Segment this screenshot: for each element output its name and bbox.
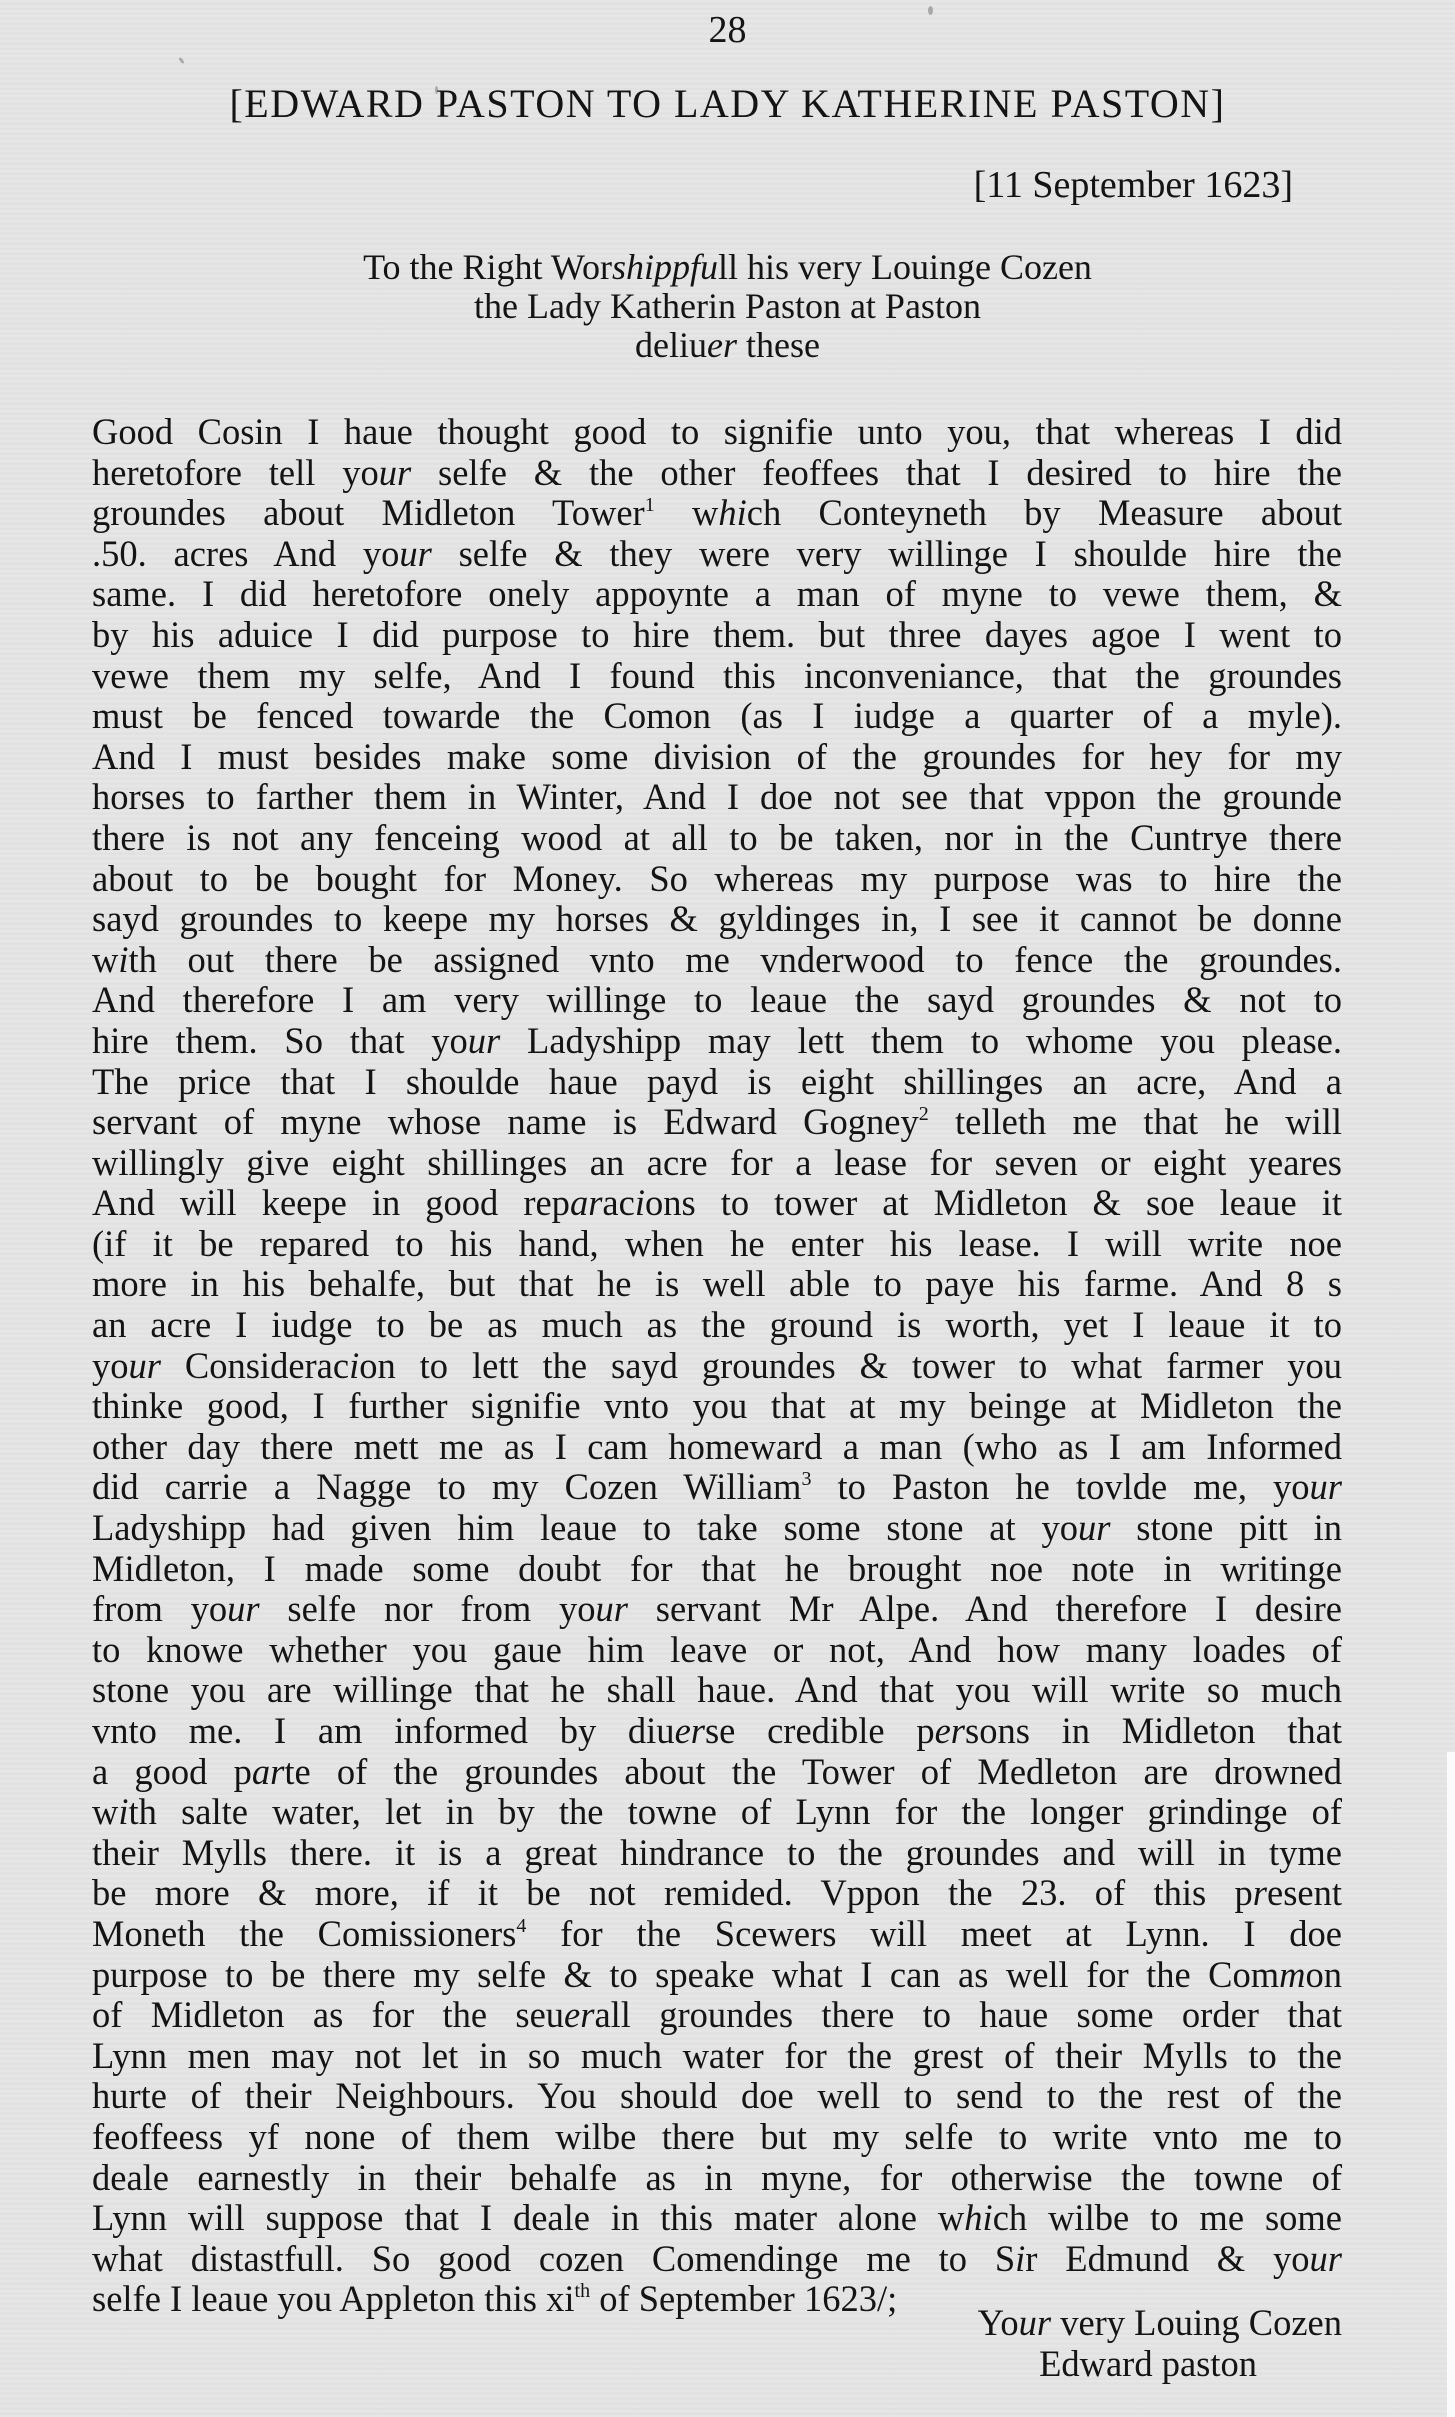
text-run: deliu xyxy=(635,325,707,365)
text-run: Moneth the Comissioners xyxy=(92,1913,516,1954)
text-run: of September 1623/; xyxy=(590,2278,897,2319)
text-run: be more & more, if it be not remided. Vp… xyxy=(92,1872,1253,1913)
text-run: And therefore I am very willinge to leau… xyxy=(92,979,1342,1020)
italic-expansion: ar xyxy=(570,1182,602,1223)
text-run: se credible p xyxy=(705,1710,935,1751)
text-run: selfe & they were very willinge I should… xyxy=(432,533,1342,574)
text-run: w xyxy=(655,492,719,533)
text-line: with salte water, let in by the towne of… xyxy=(92,1792,1342,1833)
italic-expansion: i xyxy=(118,1791,128,1832)
text-line: other day there mett me as I cam homewar… xyxy=(92,1427,1342,1468)
text-line: about to be bought for Money. So whereas… xyxy=(92,859,1342,900)
text-line: more in his behalfe, but that he is well… xyxy=(92,1264,1342,1305)
text-run: a good p xyxy=(92,1751,252,1792)
italic-expansion: i xyxy=(635,1182,645,1223)
italic-expansion: er xyxy=(675,1710,705,1751)
text-line: sayd groundes to keepe my horses & gyldi… xyxy=(92,899,1342,940)
text-run: very Louing Cozen xyxy=(1051,2302,1342,2343)
text-run: an acre I iudge to be as much as the gro… xyxy=(92,1304,1342,1345)
text-line: Ladyshipp had given him leaue to take so… xyxy=(92,1508,1342,1549)
italic-expansion: ur xyxy=(227,1588,259,1629)
scan-speck xyxy=(178,57,185,64)
text-line: their Mylls there. it is a great hindran… xyxy=(92,1833,1342,1874)
italic-expansion: er xyxy=(935,1710,965,1751)
text-run: what distastfull. So good cozen Comendin… xyxy=(92,2238,1015,2279)
text-line: your Consideracion to lett the sayd grou… xyxy=(92,1346,1342,1387)
italic-expansion: ur xyxy=(1019,2302,1051,2343)
italic-expansion: ur xyxy=(129,1345,161,1386)
text-run: thinke good, I further signifie vnto you… xyxy=(92,1385,1342,1426)
text-run: selfe & the other feoffees that I desire… xyxy=(411,452,1342,493)
text-run: stone pitt in xyxy=(1110,1507,1342,1548)
footnote-marker: th xyxy=(575,2280,591,2302)
text-run: The price that I shoulde haue payd is ei… xyxy=(92,1061,1342,1102)
text-run: sayd groundes to keepe my horses & gyldi… xyxy=(92,898,1342,939)
text-line: be more & more, if it be not remided. Vp… xyxy=(92,1873,1342,1914)
text-line: (if it be repared to his hand, when he e… xyxy=(92,1224,1342,1265)
text-run: about to be bought for Money. So whereas… xyxy=(92,858,1342,899)
italic-expansion: ur xyxy=(468,1020,500,1061)
text-run: vewe them my selfe, And I found this inc… xyxy=(92,655,1342,696)
text-run: there is not any fenceing wood at all to… xyxy=(92,817,1342,858)
text-run: ac xyxy=(602,1182,634,1223)
text-run: purpose to be there my selfe & to speake… xyxy=(92,1954,1279,1995)
text-run: Considerac xyxy=(161,1345,349,1386)
italic-expansion: m xyxy=(1279,1954,1305,1995)
text-line: purpose to be there my selfe & to speake… xyxy=(92,1955,1342,1996)
text-run: Ladyshipp had given him leaue to take so… xyxy=(92,1507,1078,1548)
letter-date: [11 September 1623] xyxy=(974,163,1293,207)
text-run: servant Mr Alpe. And therefore I desire xyxy=(628,1588,1342,1629)
text-run: w xyxy=(92,939,118,980)
text-line: servant of myne whose name is Edward Gog… xyxy=(92,1102,1342,1143)
footnote-marker: 4 xyxy=(516,1915,526,1937)
text-line: stone you are willinge that he shall hau… xyxy=(92,1670,1342,1711)
text-line: .50. acres And your selfe & they were ve… xyxy=(92,534,1342,575)
italic-expansion: i xyxy=(349,1345,359,1386)
footnote-marker: 1 xyxy=(645,494,655,516)
text-run: Lynn will suppose that I deale in this m… xyxy=(92,2197,964,2238)
text-run: th out there be assigned vnto me vnderwo… xyxy=(129,939,1342,980)
italic-expansion: u xyxy=(700,247,718,287)
text-run: to knowe whether you gaue him leave or n… xyxy=(92,1629,1342,1670)
italic-expansion: er xyxy=(564,1994,594,2035)
text-line: And therefore I am very willinge to leau… xyxy=(92,980,1342,1021)
italic-expansion: ur xyxy=(1310,2238,1342,2279)
text-run: selfe nor from yo xyxy=(260,1588,596,1629)
text-run: Ladyshipp may lett them to whome you ple… xyxy=(500,1020,1342,1061)
text-run: to Paston he tovlde me, yo xyxy=(811,1466,1309,1507)
signature-block: Your very Louing Cozen Edward paston xyxy=(882,2302,1342,2384)
text-line: must be fenced towarde the Comon (as I i… xyxy=(92,696,1342,737)
text-line: Midleton, I made some doubt for that he … xyxy=(92,1549,1342,1590)
text-line: from your selfe nor from your servant Mr… xyxy=(92,1589,1342,1630)
text-run: th salte water, let in by the towne of L… xyxy=(129,1791,1342,1832)
text-run: w xyxy=(92,1791,118,1832)
text-run: r Edmund & yo xyxy=(1025,2238,1309,2279)
text-run: feoffeess yf none of them wilbe there bu… xyxy=(92,2116,1342,2157)
text-run: telleth me that he will xyxy=(929,1101,1342,1142)
italic-expansion: shipp xyxy=(612,247,690,287)
text-run: ons to tower at Midleton & soe leaue it xyxy=(645,1182,1342,1223)
text-line: Lynn will suppose that I deale in this m… xyxy=(92,2198,1342,2239)
text-run: for the Scewers will meet at Lynn. I doe xyxy=(526,1913,1342,1954)
text-line: horses to farther them in Winter, And I … xyxy=(92,777,1342,818)
text-line: a good parte of the groundes about the T… xyxy=(92,1752,1342,1793)
page-number: 28 xyxy=(0,8,1455,52)
text-run: by his aduice I did purpose to hire them… xyxy=(92,614,1342,655)
italic-expansion: i xyxy=(1015,2238,1025,2279)
text-run: servant of myne whose name is Edward Gog… xyxy=(92,1101,919,1142)
italic-expansion: ar xyxy=(252,1751,284,1792)
text-run: ch Conteyneth by Measure about xyxy=(747,492,1342,533)
text-run: same. I did heretofore onely appoynte a … xyxy=(92,573,1342,614)
text-run: sons in Midleton that xyxy=(965,1710,1342,1751)
text-line: of Midleton as for the seuerall groundes… xyxy=(92,1995,1342,2036)
text-run: (if it be repared to his hand, when he e… xyxy=(92,1223,1342,1264)
text-run: esent xyxy=(1267,1872,1342,1913)
text-line: hire them. So that your Ladyshipp may le… xyxy=(92,1021,1342,1062)
text-run: selfe I leaue you Appleton this xi xyxy=(92,2278,575,2319)
text-line: did carrie a Nagge to my Cozen William3 … xyxy=(92,1467,1342,1508)
text-run: on xyxy=(1306,1954,1343,1995)
italic-expansion: ur xyxy=(596,1588,628,1629)
text-run: hire them. So that yo xyxy=(92,1020,468,1061)
text-line: hurte of their Neighbours. You should do… xyxy=(92,2076,1342,2117)
footnote-marker: 3 xyxy=(801,1468,811,1490)
document-page: 28 [EDWARD PASTON TO LADY KATHERINE PAST… xyxy=(0,0,1455,2417)
text-line: deale earnestly in their behalfe as in m… xyxy=(92,2158,1342,2199)
address-block: To the Right Worshippfull his very Louin… xyxy=(0,248,1455,365)
text-line: groundes about Midleton Tower1 which Con… xyxy=(92,493,1342,534)
text-line: what distastfull. So good cozen Comendin… xyxy=(92,2239,1342,2280)
text-line: Moneth the Comissioners4 for the Scewers… xyxy=(92,1914,1342,1955)
text-line: the Lady Katherin Paston at Paston xyxy=(0,287,1455,326)
text-line: Good Cosin I haue thought good to signif… xyxy=(92,412,1342,453)
italic-expansion: er xyxy=(707,325,737,365)
text-line: vnto me. I am informed by diuerse credib… xyxy=(92,1711,1342,1752)
scan-edge-strip xyxy=(1447,1752,1455,2417)
text-run: deale earnestly in their behalfe as in m… xyxy=(92,2157,1342,2198)
text-run: And will keepe in good rep xyxy=(92,1182,570,1223)
text-line: The price that I shoulde haue payd is ei… xyxy=(92,1062,1342,1103)
text-run: of Midleton as for the seu xyxy=(92,1994,564,2035)
text-run: Lynn men may not let in so much water fo… xyxy=(92,2035,1342,2076)
footnote-marker: 2 xyxy=(919,1103,929,1125)
text-run: must be fenced towarde the Comon (as I i… xyxy=(92,695,1342,736)
text-run: ll his very Louinge Cozen xyxy=(718,247,1092,287)
text-line: And I must besides make some division of… xyxy=(92,737,1342,778)
text-line: Lynn men may not let in so much water fo… xyxy=(92,2036,1342,2077)
text-line: same. I did heretofore onely appoynte a … xyxy=(92,574,1342,615)
italic-expansion: i xyxy=(118,939,128,980)
letter-title: [EDWARD PASTON TO LADY KATHERINE PASTON] xyxy=(0,80,1455,127)
text-run: all groundes there to haue some order th… xyxy=(594,1994,1342,2035)
text-line: willingly give eight shillinges an acre … xyxy=(92,1143,1342,1184)
text-run: groundes about Midleton Tower xyxy=(92,492,645,533)
text-line: feoffeess yf none of them wilbe there bu… xyxy=(92,2117,1342,2158)
text-run: ch wilbe to me some xyxy=(993,2197,1342,2238)
italic-expansion: ur xyxy=(379,452,411,493)
text-line: deliuer these xyxy=(0,326,1455,365)
text-run: .50. acres And yo xyxy=(92,533,399,574)
text-run: from yo xyxy=(92,1588,227,1629)
italic-expansion: ur xyxy=(1078,1507,1110,1548)
text-run: did carrie a Nagge to my Cozen William xyxy=(92,1466,801,1507)
italic-expansion: r xyxy=(1253,1872,1267,1913)
italic-expansion: hi xyxy=(964,2197,992,2238)
italic-expansion: ur xyxy=(1310,1466,1342,1507)
text-line: vewe them my selfe, And I found this inc… xyxy=(92,656,1342,697)
italic-expansion: ur xyxy=(399,533,431,574)
text-run: To the Right Wor xyxy=(363,247,612,287)
italic-expansion: hi xyxy=(718,492,746,533)
text-run: yo xyxy=(92,1345,129,1386)
text-line: heretofore tell your selfe & the other f… xyxy=(92,453,1342,494)
closing-line: Your very Louing Cozen xyxy=(882,2302,1342,2343)
text-run: these xyxy=(737,325,820,365)
letter-body: Good Cosin I haue thought good to signif… xyxy=(92,412,1342,2320)
text-run: stone you are willinge that he shall hau… xyxy=(92,1669,1342,1710)
text-line: by his aduice I did purpose to hire them… xyxy=(92,615,1342,656)
text-run: heretofore tell yo xyxy=(92,452,379,493)
text-run: their Mylls there. it is a great hindran… xyxy=(92,1832,1342,1873)
text-line: To the Right Worshippfull his very Louin… xyxy=(0,248,1455,287)
text-line: an acre I iudge to be as much as the gro… xyxy=(92,1305,1342,1346)
text-run: hurte of their Neighbours. You should do… xyxy=(92,2075,1342,2116)
text-run: the Lady Katherin Paston at Paston xyxy=(474,286,981,326)
text-run: Good Cosin I haue thought good to signif… xyxy=(92,411,1342,452)
text-run: on to lett the sayd groundes & tower to … xyxy=(359,1345,1342,1386)
text-line: there is not any fenceing wood at all to… xyxy=(92,818,1342,859)
text-run: Yo xyxy=(978,2302,1019,2343)
text-line: And will keepe in good reparacions to to… xyxy=(92,1183,1342,1224)
text-line: with out there be assigned vnto me vnder… xyxy=(92,940,1342,981)
text-line: to knowe whether you gaue him leave or n… xyxy=(92,1630,1342,1671)
text-run: willingly give eight shillinges an acre … xyxy=(92,1142,1342,1183)
text-run: Midleton, I made some doubt for that he … xyxy=(92,1548,1342,1589)
text-run: And I must besides make some division of… xyxy=(92,736,1342,777)
text-run: horses to farther them in Winter, And I … xyxy=(92,776,1342,817)
text-run: vnto me. I am informed by diu xyxy=(92,1710,675,1751)
italic-expansion: f xyxy=(690,247,700,287)
signatory-name: Edward paston xyxy=(882,2343,1342,2384)
text-run: other day there mett me as I cam homewar… xyxy=(92,1426,1342,1467)
text-run: more in his behalfe, but that he is well… xyxy=(92,1263,1342,1304)
text-run: te of the groundes about the Tower of Me… xyxy=(284,1751,1342,1792)
text-line: thinke good, I further signifie vnto you… xyxy=(92,1386,1342,1427)
